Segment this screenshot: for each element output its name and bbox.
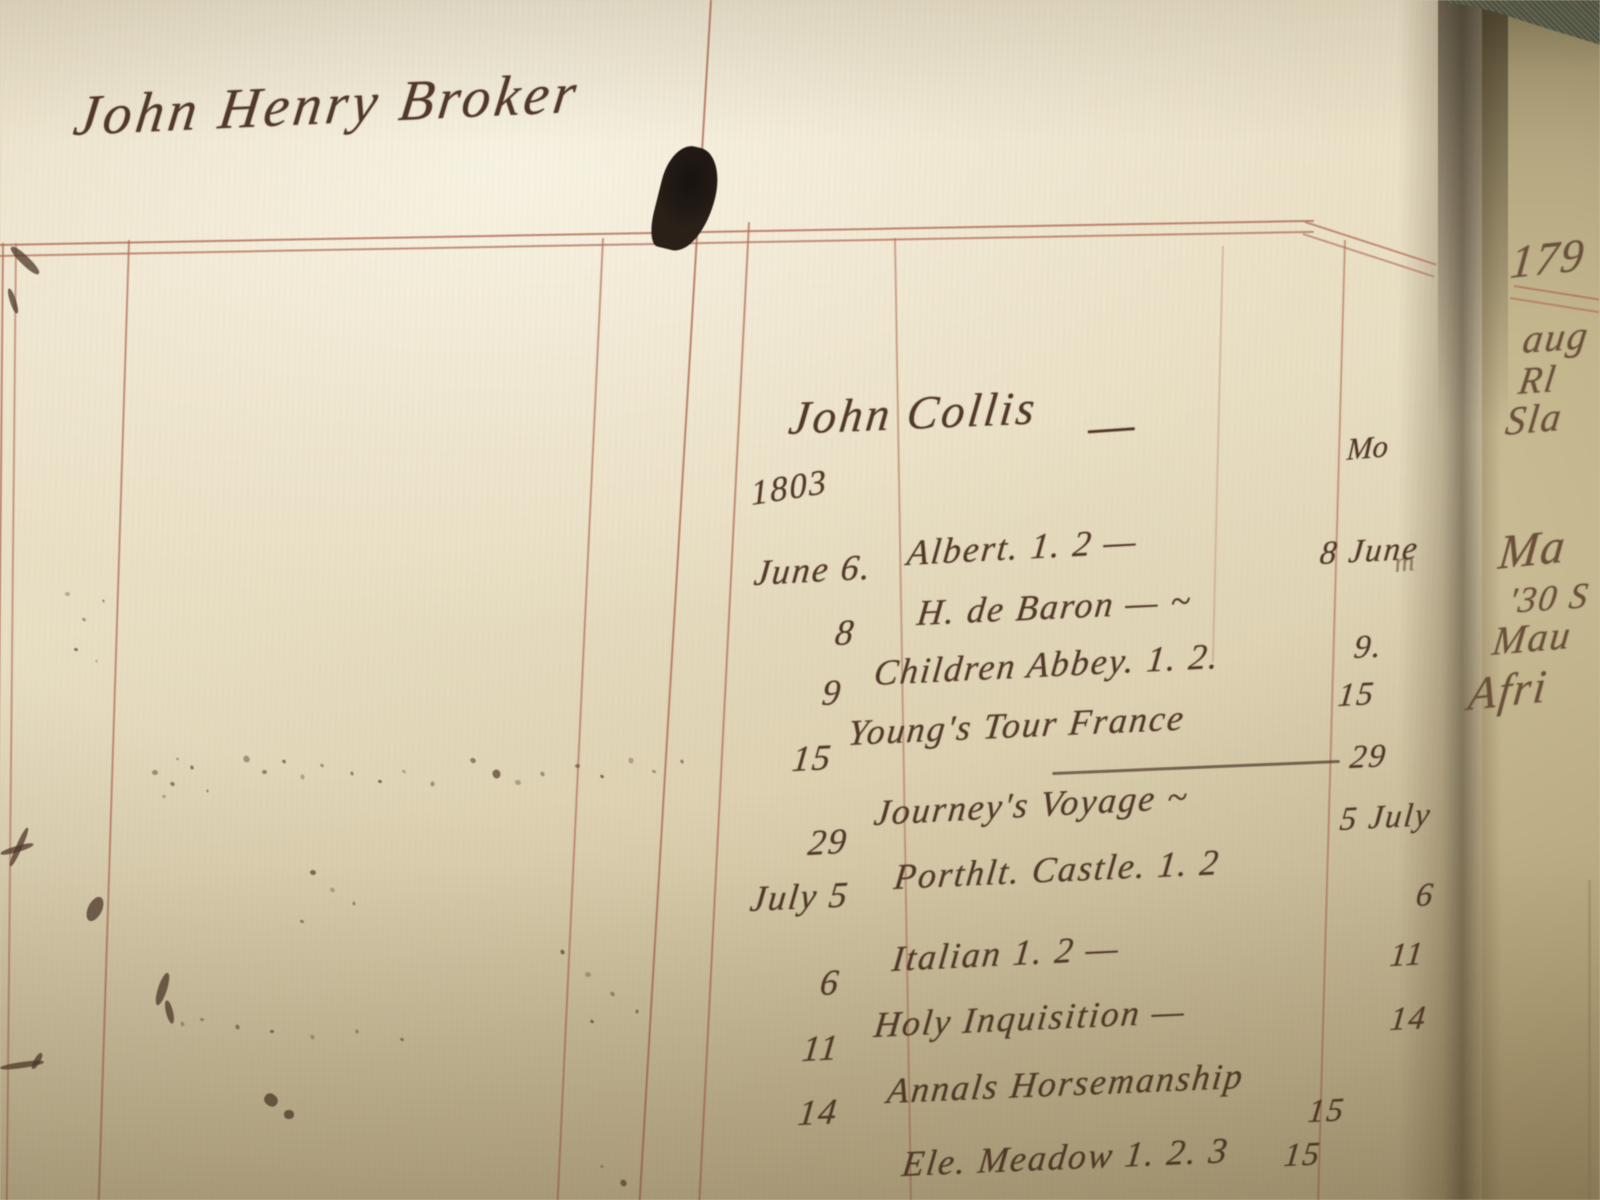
ink-speck [65, 592, 70, 596]
ink-speck [584, 971, 591, 977]
ink-speck [514, 779, 521, 786]
ink-speck [652, 769, 657, 773]
ink-speck [430, 781, 434, 786]
ink-speck [619, 1178, 628, 1187]
ink-speck [310, 870, 317, 876]
ink-speck [190, 765, 194, 769]
ink-speck [352, 901, 355, 905]
ink-speck [270, 1030, 274, 1033]
ink-speck [560, 949, 566, 955]
ink-speck-layer [0, 0, 1600, 1200]
ink-speck [74, 647, 79, 651]
ink-speck [600, 1165, 604, 1169]
ink-speck [350, 771, 354, 776]
ink-speck [262, 770, 268, 775]
ink-speck [575, 764, 580, 768]
ink-speck [378, 780, 383, 784]
ink-speck [234, 1024, 240, 1030]
ink-speck [102, 599, 105, 602]
ink-speck [491, 769, 501, 780]
ink-speck [402, 769, 407, 774]
ink-speck [200, 1017, 205, 1021]
ink-speck [242, 755, 251, 764]
ink-speck [539, 771, 545, 777]
ink-speck [355, 1029, 359, 1034]
ink-speck [176, 757, 180, 761]
ink-speck [180, 1021, 185, 1027]
ink-speck [152, 770, 158, 776]
ink-speck [635, 1009, 638, 1013]
ink-speck [680, 759, 685, 764]
ink-speck [300, 774, 305, 779]
photo-layer: John Henry Broker John Collis — Mo 1803 … [0, 0, 1600, 1200]
ink-speck [95, 659, 98, 663]
ledger-photo: John Henry Broker John Collis — Mo 1803 … [0, 0, 1600, 1200]
ink-speck [309, 1034, 315, 1040]
ink-speck [329, 887, 335, 893]
ink-speck [400, 1037, 405, 1041]
ink-speck [300, 919, 305, 924]
ink-speck [282, 759, 287, 764]
ink-speck [628, 757, 634, 764]
ink-speck [162, 794, 167, 798]
ink-speck [609, 991, 615, 997]
ink-speck [590, 1019, 595, 1024]
ink-speck [169, 781, 175, 787]
ink-speck [82, 617, 87, 622]
ink-speck [600, 774, 605, 779]
ink-speck [206, 789, 208, 792]
ink-speck [469, 757, 477, 765]
ink-speck [320, 763, 325, 768]
